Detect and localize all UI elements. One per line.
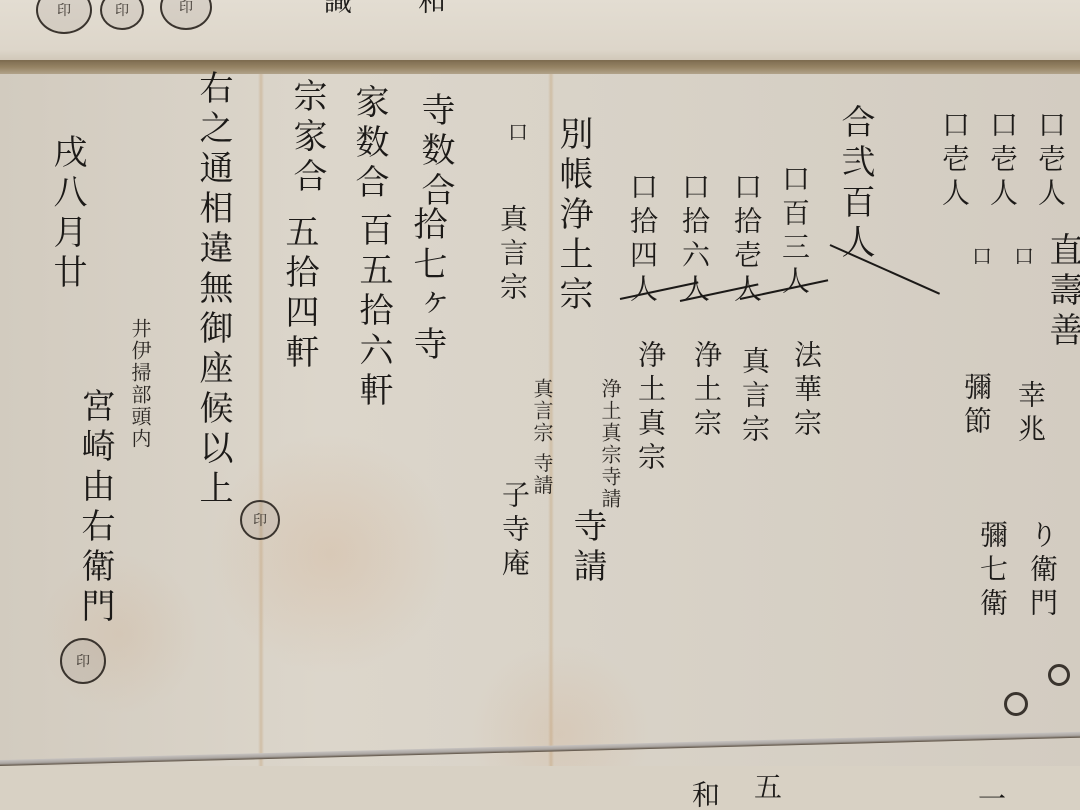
annotation-column: 浄土真宗寺請 [600, 378, 620, 510]
text-column: 幸兆 [1016, 380, 1044, 448]
bottom-fragment-text-1: 和 [690, 780, 718, 810]
total-column: 合弐百人 [838, 104, 872, 264]
text-column: 彌節 [962, 372, 990, 440]
text-column: 口拾四人 [628, 172, 656, 308]
domain-column: 井伊掃部頭内 [130, 318, 150, 450]
mark: 口 [1014, 240, 1034, 269]
text-column: 子寺庵 [500, 480, 528, 582]
bottom-fragment-text-2: 五 [752, 772, 780, 806]
paper-crease [258, 74, 264, 766]
mark: 口 [508, 116, 528, 145]
mark: 口 [972, 240, 992, 269]
text-column: 口壱人 [988, 110, 1016, 212]
text-column: 寺請 [570, 508, 604, 588]
date-column: 戌八月廿 [50, 134, 84, 294]
seal-b: 印 [60, 638, 106, 684]
sect-household-column: 宗家合 [290, 78, 324, 198]
bottom-fragment-text-3: 一 [976, 784, 1004, 810]
temple-count-value: 拾七ヶ寺 [410, 206, 444, 366]
text-column: 別帳浄土宗 [556, 116, 590, 316]
household-count-column: 家数合 [352, 84, 386, 204]
seal-c [1004, 692, 1028, 716]
temple-count-column: 寺数合 [418, 92, 452, 212]
seal-a: 印 [240, 500, 280, 540]
sect-household-value: 五拾四軒 [282, 214, 316, 374]
seal-d [1048, 664, 1070, 686]
text-column: 口拾六人 [680, 172, 708, 308]
top-fragment-text-2: 和 [416, 0, 444, 20]
sect-column: 浄土真宗 [636, 340, 664, 476]
signatory-column: 宮崎由右衛門 [78, 388, 112, 628]
closing-statement: 右之通相違無御座候以上 [196, 70, 230, 510]
text-column: り衛門 [1028, 520, 1056, 622]
lower-sheet-fragment [0, 766, 1080, 810]
text-column: 直壽善 [1046, 232, 1080, 352]
text-column: 彌七衛 [978, 520, 1006, 622]
annotation-column: 真言宗 寺請 [532, 378, 552, 496]
household-count-value: 百五拾六軒 [356, 212, 390, 412]
text-column: 口壱人 [1036, 110, 1064, 212]
top-fragment-text-1: 識 [322, 0, 350, 20]
text-column: 真言宗 [498, 204, 526, 306]
sect-column: 浄土宗 [692, 340, 720, 442]
sect-column: 法華宗 [792, 340, 820, 442]
text-column: 口百三人 [780, 164, 808, 300]
text-column: 口壱人 [940, 110, 968, 212]
sect-column: 真言宗 [740, 346, 768, 448]
